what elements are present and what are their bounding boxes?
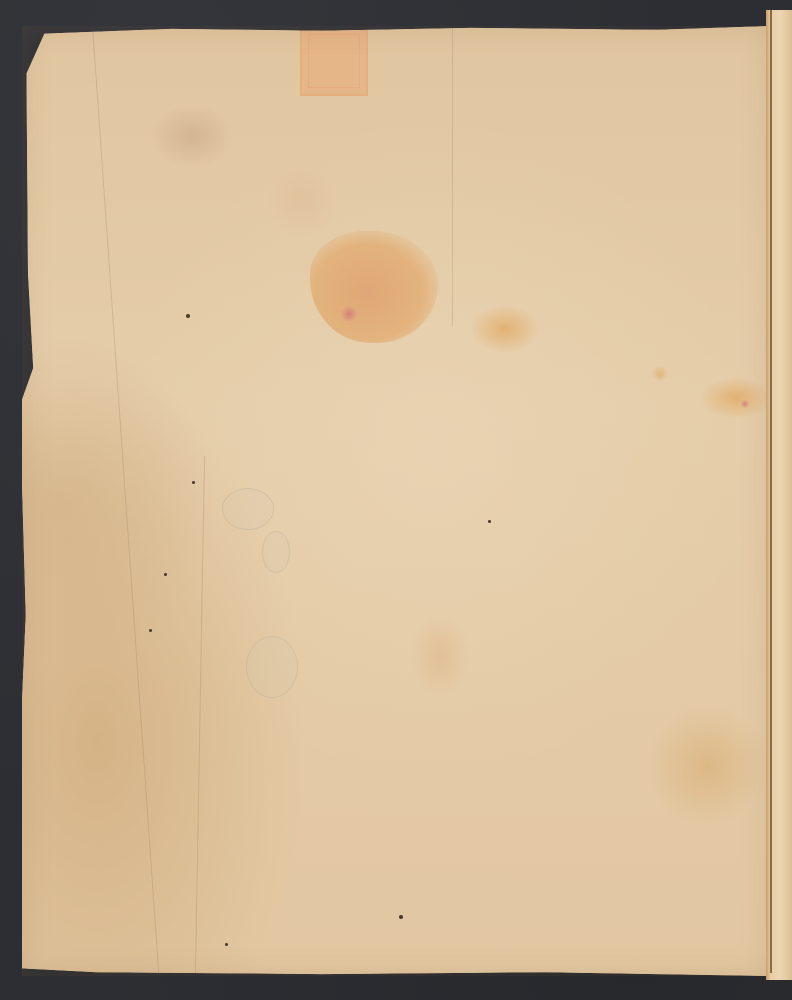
- speck: [164, 573, 167, 576]
- speck: [149, 629, 152, 632]
- paper-texture: [22, 26, 770, 976]
- speck: [192, 481, 195, 484]
- water-ring: [262, 531, 290, 573]
- paper-crease: [452, 26, 453, 326]
- manuscript-page: [22, 26, 770, 976]
- stain-pink-spot: [740, 400, 750, 408]
- water-ring: [222, 488, 274, 530]
- stain-large: [310, 231, 438, 343]
- speck: [488, 520, 491, 523]
- stain: [648, 706, 768, 826]
- stain: [152, 106, 232, 166]
- stain: [267, 166, 337, 236]
- spine-top-gap: [762, 0, 792, 10]
- water-ring: [246, 636, 298, 698]
- stain: [702, 378, 770, 418]
- stain: [472, 306, 538, 352]
- stain-pink-spot: [340, 306, 358, 322]
- stain: [652, 366, 668, 382]
- stain: [410, 616, 470, 696]
- speck: [399, 915, 403, 919]
- seal-stamp-icon: [300, 26, 368, 96]
- speck: [186, 314, 190, 318]
- spine-fold-line: [770, 8, 772, 973]
- speck: [225, 943, 228, 946]
